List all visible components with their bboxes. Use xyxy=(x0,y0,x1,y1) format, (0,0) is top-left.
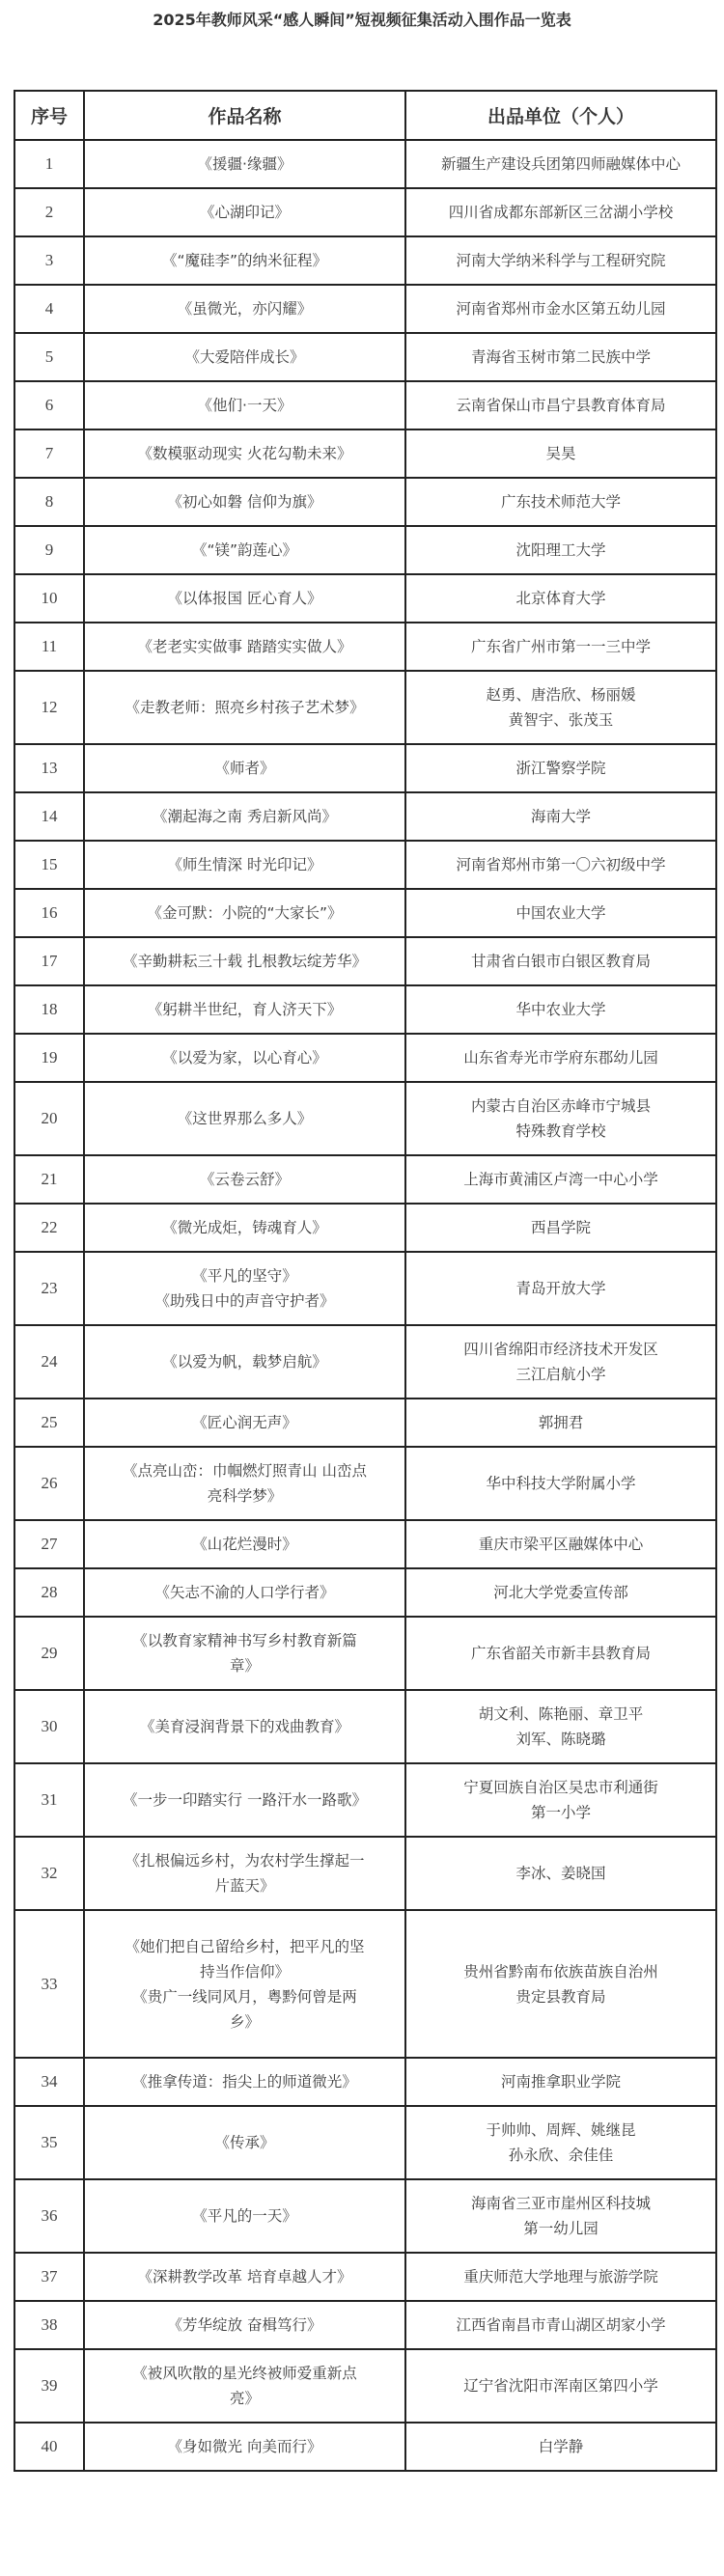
row-number: 5 xyxy=(14,333,84,381)
producer-cell: 郭拥君 xyxy=(405,1399,716,1447)
producer-cell: 贵州省黔南布依族苗族自治州贵定县教育局 xyxy=(405,1910,716,2058)
row-number: 13 xyxy=(14,744,84,792)
work-title: 《矢志不渝的人口学行者》 xyxy=(91,1580,399,1605)
producer-name: 李冰、姜晓国 xyxy=(412,1861,710,1886)
work-title: 《身如微光 向美而行》 xyxy=(91,2434,399,2459)
work-title-cell: 《以体报国 匠心育人》 xyxy=(84,574,405,623)
table-row: 13《师者》浙江警察学院 xyxy=(14,744,716,792)
work-title-cell: 《芳华绽放 奋楫笃行》 xyxy=(84,2301,405,2349)
table-row: 15《师生情深 时光印记》河南省郑州市第一〇六初级中学 xyxy=(14,841,716,889)
row-number: 24 xyxy=(14,1325,84,1399)
producer-name: 宁夏回族自治区吴忠市利通街 xyxy=(412,1775,710,1800)
work-title-cell: 《援疆·缘疆》 xyxy=(84,140,405,188)
producer-name: 重庆师范大学地理与旅游学院 xyxy=(412,2264,710,2289)
table-row: 33《她们把自己留给乡村，把平凡的坚持当作信仰》《贵广一线同风月，粤黔何曾是两乡… xyxy=(14,1910,716,2058)
row-number: 27 xyxy=(14,1520,84,1568)
work-title-cell: 《山花烂漫时》 xyxy=(84,1520,405,1568)
table-row: 26《点亮山峦：巾帼燃灯照青山 山峦点亮科学梦》华中科技大学附属小学 xyxy=(14,1447,716,1520)
producer-name: 特殊教育学校 xyxy=(412,1119,710,1144)
table-row: 5《大爱陪伴成长》青海省玉树市第二民族中学 xyxy=(14,333,716,381)
row-number: 28 xyxy=(14,1568,84,1617)
producer-name: 西昌学院 xyxy=(412,1215,710,1240)
producer-cell: 四川省成都东部新区三岔湖小学校 xyxy=(405,188,716,236)
work-title: 《以爱为家，以心育心》 xyxy=(91,1045,399,1070)
work-title-cell: 《以爱为帆，载梦启航》 xyxy=(84,1325,405,1399)
producer-name: 内蒙古自治区赤峰市宁城县 xyxy=(412,1094,710,1119)
producer-cell: 海南省三亚市崖州区科技城第一幼儿园 xyxy=(405,2179,716,2253)
work-title: 《老老实实做事 踏踏实实做人》 xyxy=(91,634,399,659)
producer-name: 海南大学 xyxy=(412,804,710,829)
producer-cell: 浙江警察学院 xyxy=(405,744,716,792)
producer-cell: 沈阳理工大学 xyxy=(405,526,716,574)
producer-name: 贵定县教育局 xyxy=(412,1984,710,2009)
work-title: 《以爱为帆，载梦启航》 xyxy=(91,1349,399,1374)
producer-name: 重庆市梁平区融媒体中心 xyxy=(412,1532,710,1557)
table-row: 1《援疆·缘疆》新疆生产建设兵团第四师融媒体中心 xyxy=(14,140,716,188)
producer-cell: 山东省寿光市学府东郡幼儿园 xyxy=(405,1034,716,1082)
table-row: 27《山花烂漫时》重庆市梁平区融媒体中心 xyxy=(14,1520,716,1568)
table-row: 11《老老实实做事 踏踏实实做人》广东省广州市第一一三中学 xyxy=(14,623,716,671)
work-title-cell: 《云卷云舒》 xyxy=(84,1155,405,1204)
row-number: 22 xyxy=(14,1204,84,1252)
row-number: 26 xyxy=(14,1447,84,1520)
producer-cell: 于帅帅、周辉、姚继昆孙永欣、余佳佳 xyxy=(405,2106,716,2179)
producer-name: 四川省成都东部新区三岔湖小学校 xyxy=(412,200,710,225)
work-title: 《“魔硅李”的纳米征程》 xyxy=(91,248,399,273)
work-title-cell: 《以教育家精神书写乡村教育新篇章》 xyxy=(84,1617,405,1690)
producer-cell: 广东省广州市第一一三中学 xyxy=(405,623,716,671)
work-title-cell: 《他们·一天》 xyxy=(84,381,405,429)
row-number: 29 xyxy=(14,1617,84,1690)
row-number: 25 xyxy=(14,1399,84,1447)
work-title: 《点亮山峦：巾帼燃灯照青山 山峦点 xyxy=(91,1458,399,1483)
producer-cell: 华中农业大学 xyxy=(405,985,716,1034)
work-title: 片蓝天》 xyxy=(91,1873,399,1898)
producer-cell: 李冰、姜晓国 xyxy=(405,1837,716,1910)
table-row: 23《平凡的坚守》《助残日中的声音守护者》青岛开放大学 xyxy=(14,1252,716,1325)
work-title: 《匠心润无声》 xyxy=(91,1410,399,1435)
work-title-cell: 《点亮山峦：巾帼燃灯照青山 山峦点亮科学梦》 xyxy=(84,1447,405,1520)
producer-name: 第一小学 xyxy=(412,1800,710,1825)
row-number: 33 xyxy=(14,1910,84,2058)
work-title-cell: 《“镁”韵莲心》 xyxy=(84,526,405,574)
producer-name: 四川省绵阳市经济技术开发区 xyxy=(412,1337,710,1362)
work-title: 章》 xyxy=(91,1653,399,1678)
work-title-cell: 《被风吹散的星光终被师爱重新点亮》 xyxy=(84,2349,405,2423)
work-title-cell: 《美育浸润背景下的戏曲教育》 xyxy=(84,1690,405,1763)
work-title: 《辛勤耕耘三十载 扎根教坛绽芳华》 xyxy=(91,949,399,974)
producer-name: 中国农业大学 xyxy=(412,900,710,926)
producer-cell: 广东技术师范大学 xyxy=(405,478,716,526)
producer-name: 青海省玉树市第二民族中学 xyxy=(412,345,710,370)
row-number: 39 xyxy=(14,2349,84,2423)
producer-name: 沈阳理工大学 xyxy=(412,538,710,563)
row-number: 40 xyxy=(14,2423,84,2471)
work-title-cell: 《“魔硅李”的纳米征程》 xyxy=(84,236,405,285)
work-title-cell: 《大爱陪伴成长》 xyxy=(84,333,405,381)
table-row: 22《微光成炬，铸魂育人》西昌学院 xyxy=(14,1204,716,1252)
table-row: 20《这世界那么多人》内蒙古自治区赤峰市宁城县特殊教育学校 xyxy=(14,1082,716,1155)
row-number: 20 xyxy=(14,1082,84,1155)
table-row: 2《心湖印记》四川省成都东部新区三岔湖小学校 xyxy=(14,188,716,236)
work-title-cell: 《老老实实做事 踏踏实实做人》 xyxy=(84,623,405,671)
work-title: 《她们把自己留给乡村，把平凡的坚 xyxy=(91,1934,399,1959)
producer-name: 山东省寿光市学府东郡幼儿园 xyxy=(412,1045,710,1070)
producer-name: 贵州省黔南布依族苗族自治州 xyxy=(412,1959,710,1984)
producer-name: 广东技术师范大学 xyxy=(412,489,710,514)
producer-name: 赵勇、唐浩欣、杨丽媛 xyxy=(412,682,710,707)
work-title-cell: 《走教老师：照亮乡村孩子艺术梦》 xyxy=(84,671,405,744)
producer-name: 华中科技大学附属小学 xyxy=(412,1471,710,1496)
header-number: 序号 xyxy=(14,91,84,140)
row-number: 14 xyxy=(14,792,84,841)
producer-name: 甘肃省白银市白银区教育局 xyxy=(412,949,710,974)
row-number: 38 xyxy=(14,2301,84,2349)
work-title: 《这世界那么多人》 xyxy=(91,1106,399,1131)
work-title-cell: 《初心如磐 信仰为旗》 xyxy=(84,478,405,526)
row-number: 15 xyxy=(14,841,84,889)
table-row: 32《扎根偏远乡村，为农村学生撑起一片蓝天》李冰、姜晓国 xyxy=(14,1837,716,1910)
row-number: 10 xyxy=(14,574,84,623)
producer-cell: 广东省韶关市新丰县教育局 xyxy=(405,1617,716,1690)
producer-name: 河南省郑州市金水区第五幼儿园 xyxy=(412,296,710,321)
work-title: 《金可默：小院的“大家长”》 xyxy=(91,900,399,926)
table-row: 38《芳华绽放 奋楫笃行》江西省南昌市青山湖区胡家小学 xyxy=(14,2301,716,2349)
table-row: 4《虽微光，亦闪耀》河南省郑州市金水区第五幼儿园 xyxy=(14,285,716,333)
row-number: 17 xyxy=(14,937,84,985)
row-number: 34 xyxy=(14,2058,84,2106)
table-row: 31《一步一印踏实行 一路汗水一路歌》宁夏回族自治区吴忠市利通街第一小学 xyxy=(14,1763,716,1837)
work-title: 《以教育家精神书写乡村教育新篇 xyxy=(91,1628,399,1653)
work-title: 《一步一印踏实行 一路汗水一路歌》 xyxy=(91,1787,399,1813)
row-number: 23 xyxy=(14,1252,84,1325)
work-title: 《初心如磐 信仰为旗》 xyxy=(91,489,399,514)
work-title-cell: 《金可默：小院的“大家长”》 xyxy=(84,889,405,937)
work-title: 《师生情深 时光印记》 xyxy=(91,852,399,877)
work-title-cell: 《这世界那么多人》 xyxy=(84,1082,405,1155)
row-number: 31 xyxy=(14,1763,84,1837)
table-row: 21《云卷云舒》上海市黄浦区卢湾一中心小学 xyxy=(14,1155,716,1204)
work-title-cell: 《一步一印踏实行 一路汗水一路歌》 xyxy=(84,1763,405,1837)
work-title-cell: 《匠心润无声》 xyxy=(84,1399,405,1447)
work-title: 《传承》 xyxy=(91,2130,399,2155)
work-title-cell: 《深耕教学改革 培育卓越人才》 xyxy=(84,2253,405,2301)
entries-table: 序号 作品名称 出品单位（个人） 1《援疆·缘疆》新疆生产建设兵团第四师融媒体中… xyxy=(14,90,717,2472)
table-row: 9《“镁”韵莲心》沈阳理工大学 xyxy=(14,526,716,574)
work-title-cell: 《她们把自己留给乡村，把平凡的坚持当作信仰》《贵广一线同风月，粤黔何曾是两乡》 xyxy=(84,1910,405,2058)
producer-cell: 四川省绵阳市经济技术开发区三江启航小学 xyxy=(405,1325,716,1399)
work-title: 《躬耕半世纪，育人济天下》 xyxy=(91,997,399,1022)
row-number: 37 xyxy=(14,2253,84,2301)
work-title: 持当作信仰》 xyxy=(91,1959,399,1984)
row-number: 11 xyxy=(14,623,84,671)
work-title: 乡》 xyxy=(91,2009,399,2035)
row-number: 4 xyxy=(14,285,84,333)
producer-name: 青岛开放大学 xyxy=(412,1276,710,1301)
work-title-cell: 《身如微光 向美而行》 xyxy=(84,2423,405,2471)
work-title: 《扎根偏远乡村，为农村学生撑起一 xyxy=(91,1848,399,1873)
row-number: 8 xyxy=(14,478,84,526)
work-title-cell: 《师者》 xyxy=(84,744,405,792)
work-title-cell: 《平凡的坚守》《助残日中的声音守护者》 xyxy=(84,1252,405,1325)
table-row: 7《数模驱动现实 火花勾勒未来》吴昊 xyxy=(14,429,716,478)
work-title-cell: 《扎根偏远乡村，为农村学生撑起一片蓝天》 xyxy=(84,1837,405,1910)
producer-cell: 河南省郑州市金水区第五幼儿园 xyxy=(405,285,716,333)
work-title: 《山花烂漫时》 xyxy=(91,1532,399,1557)
table-row: 40《身如微光 向美而行》白学静 xyxy=(14,2423,716,2471)
work-title: 《平凡的一天》 xyxy=(91,2203,399,2229)
table-row: 35《传承》于帅帅、周辉、姚继昆孙永欣、余佳佳 xyxy=(14,2106,716,2179)
producer-cell: 重庆市梁平区融媒体中心 xyxy=(405,1520,716,1568)
producer-cell: 中国农业大学 xyxy=(405,889,716,937)
producer-name: 浙江警察学院 xyxy=(412,756,710,781)
table-row: 30《美育浸润背景下的戏曲教育》胡文利、陈艳丽、章卫平刘军、陈晓璐 xyxy=(14,1690,716,1763)
work-title: 《“镁”韵莲心》 xyxy=(91,538,399,563)
table-row: 6《他们·一天》云南省保山市昌宁县教育体育局 xyxy=(14,381,716,429)
producer-name: 云南省保山市昌宁县教育体育局 xyxy=(412,393,710,418)
producer-cell: 河北大学党委宣传部 xyxy=(405,1568,716,1617)
table-body: 1《援疆·缘疆》新疆生产建设兵团第四师融媒体中心2《心湖印记》四川省成都东部新区… xyxy=(14,140,716,2471)
row-number: 6 xyxy=(14,381,84,429)
producer-cell: 内蒙古自治区赤峰市宁城县特殊教育学校 xyxy=(405,1082,716,1155)
producer-name: 河南省郑州市第一〇六初级中学 xyxy=(412,852,710,877)
producer-name: 孙永欣、余佳佳 xyxy=(412,2143,710,2168)
table-row: 29《以教育家精神书写乡村教育新篇章》广东省韶关市新丰县教育局 xyxy=(14,1617,716,1690)
producer-cell: 青岛开放大学 xyxy=(405,1252,716,1325)
producer-name: 第一幼儿园 xyxy=(412,2216,710,2241)
producer-name: 吴昊 xyxy=(412,441,710,466)
work-title-cell: 《微光成炬，铸魂育人》 xyxy=(84,1204,405,1252)
producer-name: 河北大学党委宣传部 xyxy=(412,1580,710,1605)
producer-cell: 新疆生产建设兵团第四师融媒体中心 xyxy=(405,140,716,188)
producer-name: 新疆生产建设兵团第四师融媒体中心 xyxy=(412,152,710,177)
work-title-cell: 《虽微光，亦闪耀》 xyxy=(84,285,405,333)
producer-name: 广东省韶关市新丰县教育局 xyxy=(412,1641,710,1666)
producer-cell: 江西省南昌市青山湖区胡家小学 xyxy=(405,2301,716,2349)
work-title: 《以体报国 匠心育人》 xyxy=(91,586,399,611)
producer-cell: 上海市黄浦区卢湾一中心小学 xyxy=(405,1155,716,1204)
work-title: 《数模驱动现实 火花勾勒未来》 xyxy=(91,441,399,466)
work-title-cell: 《传承》 xyxy=(84,2106,405,2179)
producer-cell: 河南大学纳米科学与工程研究院 xyxy=(405,236,716,285)
producer-cell: 赵勇、唐浩欣、杨丽媛黄智宇、张茂玉 xyxy=(405,671,716,744)
work-title: 《助残日中的声音守护者》 xyxy=(91,1288,399,1314)
producer-cell: 青海省玉树市第二民族中学 xyxy=(405,333,716,381)
producer-name: 刘军、陈晓璐 xyxy=(412,1727,710,1752)
work-title: 亮科学梦》 xyxy=(91,1483,399,1509)
row-number: 1 xyxy=(14,140,84,188)
document-title: 2025年教师风采“感人瞬间”短视频征集活动入围作品一览表 xyxy=(0,8,724,30)
producer-cell: 辽宁省沈阳市浑南区第四小学 xyxy=(405,2349,716,2423)
work-title: 《平凡的坚守》 xyxy=(91,1263,399,1288)
producer-name: 海南省三亚市崖州区科技城 xyxy=(412,2191,710,2216)
work-title: 《大爱陪伴成长》 xyxy=(91,345,399,370)
producer-cell: 河南推拿职业学院 xyxy=(405,2058,716,2106)
table-row: 18《躬耕半世纪，育人济天下》华中农业大学 xyxy=(14,985,716,1034)
producer-cell: 白学静 xyxy=(405,2423,716,2471)
producer-name: 胡文利、陈艳丽、章卫平 xyxy=(412,1702,710,1727)
row-number: 30 xyxy=(14,1690,84,1763)
producer-name: 江西省南昌市青山湖区胡家小学 xyxy=(412,2313,710,2338)
producer-name: 广东省广州市第一一三中学 xyxy=(412,634,710,659)
row-number: 12 xyxy=(14,671,84,744)
header-work-title: 作品名称 xyxy=(84,91,405,140)
table-row: 12《走教老师：照亮乡村孩子艺术梦》赵勇、唐浩欣、杨丽媛黄智宇、张茂玉 xyxy=(14,671,716,744)
work-title: 《虽微光，亦闪耀》 xyxy=(91,296,399,321)
producer-name: 于帅帅、周辉、姚继昆 xyxy=(412,2118,710,2143)
work-title: 《潮起海之南 秀启新风尚》 xyxy=(91,804,399,829)
work-title: 《芳华绽放 奋楫笃行》 xyxy=(91,2313,399,2338)
work-title: 《走教老师：照亮乡村孩子艺术梦》 xyxy=(91,695,399,720)
table-row: 25《匠心润无声》郭拥君 xyxy=(14,1399,716,1447)
producer-cell: 甘肃省白银市白银区教育局 xyxy=(405,937,716,985)
work-title-cell: 《平凡的一天》 xyxy=(84,2179,405,2253)
work-title-cell: 《潮起海之南 秀启新风尚》 xyxy=(84,792,405,841)
producer-cell: 云南省保山市昌宁县教育体育局 xyxy=(405,381,716,429)
producer-cell: 北京体育大学 xyxy=(405,574,716,623)
work-title-cell: 《推拿传道：指尖上的师道微光》 xyxy=(84,2058,405,2106)
work-title: 《心湖印记》 xyxy=(91,200,399,225)
work-title: 《他们·一天》 xyxy=(91,393,399,418)
table-row: 34《推拿传道：指尖上的师道微光》河南推拿职业学院 xyxy=(14,2058,716,2106)
work-title-cell: 《躬耕半世纪，育人济天下》 xyxy=(84,985,405,1034)
work-title: 《美育浸润背景下的戏曲教育》 xyxy=(91,1714,399,1739)
table-row: 16《金可默：小院的“大家长”》中国农业大学 xyxy=(14,889,716,937)
table-row: 10《以体报国 匠心育人》北京体育大学 xyxy=(14,574,716,623)
producer-name: 河南大学纳米科学与工程研究院 xyxy=(412,248,710,273)
row-number: 32 xyxy=(14,1837,84,1910)
producer-cell: 海南大学 xyxy=(405,792,716,841)
work-title-cell: 《矢志不渝的人口学行者》 xyxy=(84,1568,405,1617)
row-number: 3 xyxy=(14,236,84,285)
producer-name: 郭拥君 xyxy=(412,1410,710,1435)
producer-name: 华中农业大学 xyxy=(412,997,710,1022)
work-title-cell: 《师生情深 时光印记》 xyxy=(84,841,405,889)
work-title: 亮》 xyxy=(91,2386,399,2411)
table-row: 3《“魔硅李”的纳米征程》河南大学纳米科学与工程研究院 xyxy=(14,236,716,285)
producer-name: 河南推拿职业学院 xyxy=(412,2069,710,2094)
row-number: 18 xyxy=(14,985,84,1034)
table-row: 17《辛勤耕耘三十载 扎根教坛绽芳华》甘肃省白银市白银区教育局 xyxy=(14,937,716,985)
work-title-cell: 《辛勤耕耘三十载 扎根教坛绽芳华》 xyxy=(84,937,405,985)
work-title: 《被风吹散的星光终被师爱重新点 xyxy=(91,2361,399,2386)
row-number: 2 xyxy=(14,188,84,236)
producer-cell: 宁夏回族自治区吴忠市利通街第一小学 xyxy=(405,1763,716,1837)
row-number: 16 xyxy=(14,889,84,937)
table-row: 19《以爱为家，以心育心》山东省寿光市学府东郡幼儿园 xyxy=(14,1034,716,1082)
producer-cell: 吴昊 xyxy=(405,429,716,478)
producer-name: 白学静 xyxy=(412,2434,710,2459)
producer-name: 三江启航小学 xyxy=(412,1362,710,1387)
row-number: 7 xyxy=(14,429,84,478)
row-number: 35 xyxy=(14,2106,84,2179)
table-row: 39《被风吹散的星光终被师爱重新点亮》辽宁省沈阳市浑南区第四小学 xyxy=(14,2349,716,2423)
row-number: 19 xyxy=(14,1034,84,1082)
row-number: 21 xyxy=(14,1155,84,1204)
work-title: 《师者》 xyxy=(91,756,399,781)
row-number: 36 xyxy=(14,2179,84,2253)
work-title: 《推拿传道：指尖上的师道微光》 xyxy=(91,2069,399,2094)
producer-cell: 西昌学院 xyxy=(405,1204,716,1252)
producer-cell: 河南省郑州市第一〇六初级中学 xyxy=(405,841,716,889)
work-title-cell: 《心湖印记》 xyxy=(84,188,405,236)
producer-name: 辽宁省沈阳市浑南区第四小学 xyxy=(412,2373,710,2398)
table-row: 24《以爱为帆，载梦启航》四川省绵阳市经济技术开发区三江启航小学 xyxy=(14,1325,716,1399)
table-row: 28《矢志不渝的人口学行者》河北大学党委宣传部 xyxy=(14,1568,716,1617)
header-producer: 出品单位（个人） xyxy=(405,91,716,140)
work-title-cell: 《以爱为家，以心育心》 xyxy=(84,1034,405,1082)
work-title: 《深耕教学改革 培育卓越人才》 xyxy=(91,2264,399,2289)
work-title: 《微光成炬，铸魂育人》 xyxy=(91,1215,399,1240)
work-title: 《援疆·缘疆》 xyxy=(91,152,399,177)
work-title: 《贵广一线同风月，粤黔何曾是两 xyxy=(91,1984,399,2009)
table-row: 37《深耕教学改革 培育卓越人才》重庆师范大学地理与旅游学院 xyxy=(14,2253,716,2301)
table-row: 36《平凡的一天》海南省三亚市崖州区科技城第一幼儿园 xyxy=(14,2179,716,2253)
producer-cell: 胡文利、陈艳丽、章卫平刘军、陈晓璐 xyxy=(405,1690,716,1763)
row-number: 9 xyxy=(14,526,84,574)
work-title-cell: 《数模驱动现实 火花勾勒未来》 xyxy=(84,429,405,478)
producer-name: 黄智宇、张茂玉 xyxy=(412,707,710,733)
table-row: 8《初心如磐 信仰为旗》广东技术师范大学 xyxy=(14,478,716,526)
producer-cell: 华中科技大学附属小学 xyxy=(405,1447,716,1520)
producer-cell: 重庆师范大学地理与旅游学院 xyxy=(405,2253,716,2301)
work-title: 《云卷云舒》 xyxy=(91,1167,399,1192)
producer-name: 北京体育大学 xyxy=(412,586,710,611)
producer-name: 上海市黄浦区卢湾一中心小学 xyxy=(412,1167,710,1192)
table-header-row: 序号 作品名称 出品单位（个人） xyxy=(14,91,716,140)
table-row: 14《潮起海之南 秀启新风尚》海南大学 xyxy=(14,792,716,841)
